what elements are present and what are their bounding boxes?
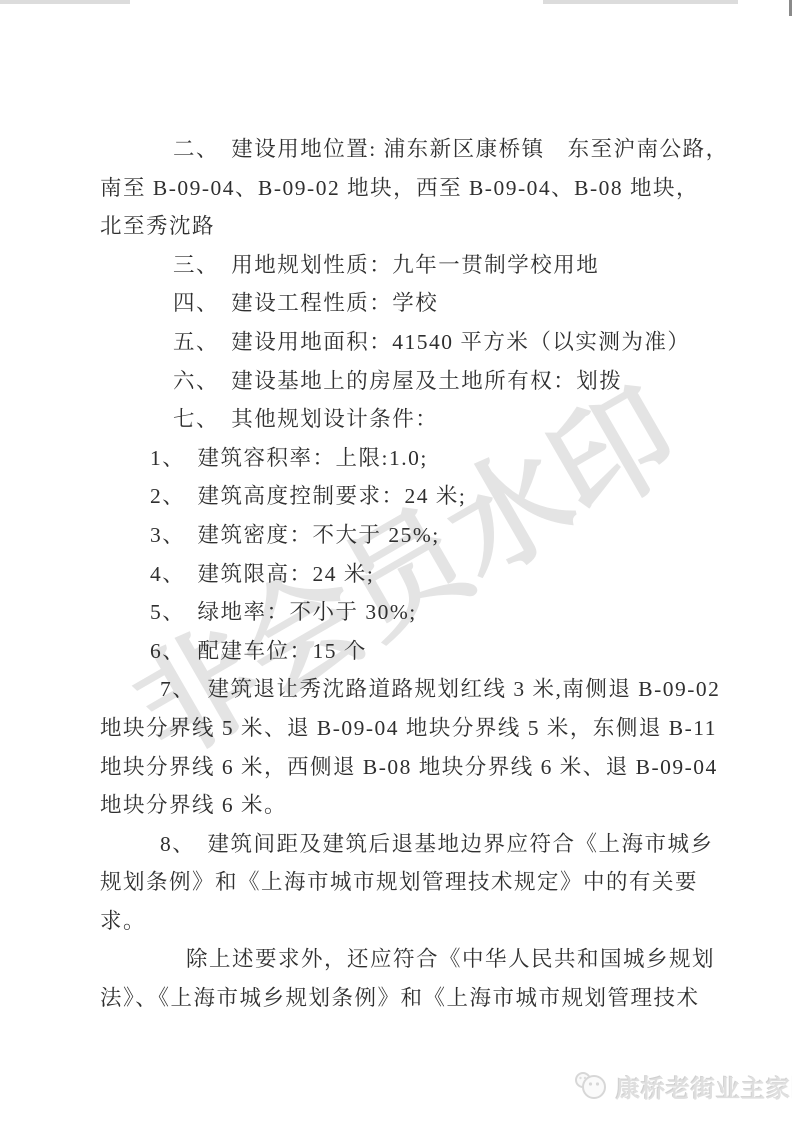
text-line: 规划条例》和《上海市城市规划管理技术规定》中的有关要	[100, 863, 700, 902]
text-line: 五、 建设用地面积：41540 平方米（以实测为准）	[100, 323, 700, 362]
text-line: 4、 建筑限高：24 米;	[100, 555, 700, 594]
text-line: 地块分界线 5 米、退 B-09-04 地块分界线 5 米，东侧退 B-11	[100, 709, 700, 748]
mascot-logo-icon	[573, 1070, 609, 1102]
footer-brand-text: 康桥老街业主家园	[616, 1069, 792, 1104]
text-line: 地块分界线 6 米。	[100, 786, 700, 825]
scan-artifact-top-left	[0, 0, 130, 4]
text-line: 地块分界线 6 米，西侧退 B-08 地块分界线 6 米、退 B-09-04	[100, 748, 700, 787]
document-page: 非会员水印 二、 建设用地位置: 浦东新区康桥镇 东至沪南公路，南至 B-09-…	[0, 0, 792, 1121]
text-line: 四、 建设工程性质：学校	[100, 284, 700, 323]
text-line: 6、 配建车位：15 个	[100, 632, 700, 671]
text-line: 法》、《上海市城乡规划条例》和《上海市城市规划管理技术	[100, 979, 700, 1018]
text-line: 求。	[100, 902, 700, 941]
text-line: 除上述要求外，还应符合《中华人民共和国城乡规划	[100, 940, 700, 979]
document-body: 二、 建设用地位置: 浦东新区康桥镇 东至沪南公路，南至 B-09-04、B-0…	[100, 130, 700, 1018]
text-line: 三、 用地规划性质：九年一贯制学校用地	[100, 246, 700, 285]
text-line: 南至 B-09-04、B-09-02 地块，西至 B-09-04、B-08 地块…	[100, 169, 700, 208]
text-line: 六、 建设基地上的房屋及土地所有权：划拨	[100, 362, 700, 401]
text-line: 1、 建筑容积率：上限:1.0;	[100, 439, 700, 478]
text-line: 8、 建筑间距及建筑后退基地边界应符合《上海市城乡	[100, 825, 700, 864]
footer-watermark: 康桥老街业主家园	[573, 1068, 792, 1104]
text-line: 2、 建筑高度控制要求：24 米;	[100, 477, 700, 516]
text-line: 七、 其他规划设计条件：	[100, 400, 700, 439]
text-line: 3、 建筑密度：不大于 25%;	[100, 516, 700, 555]
scan-artifact-top-right	[543, 0, 738, 4]
text-line: 北至秀沈路	[100, 207, 700, 246]
text-line: 7、 建筑退让秀沈路道路规划红线 3 米,南侧退 B-09-02	[100, 670, 700, 709]
text-line: 二、 建设用地位置: 浦东新区康桥镇 东至沪南公路，	[100, 130, 700, 169]
text-line: 5、 绿地率：不小于 30%;	[100, 593, 700, 632]
